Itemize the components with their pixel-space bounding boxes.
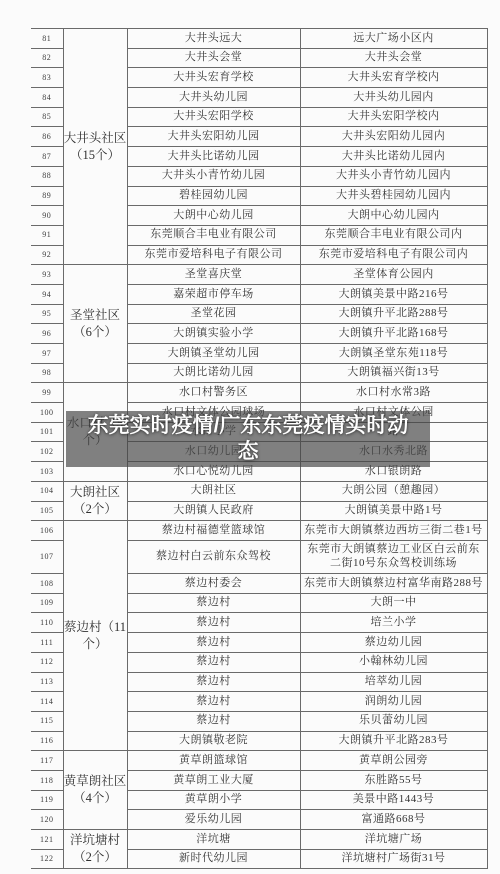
address-cell: 大井头宏阳学校内 — [300, 107, 487, 127]
row-number: 92 — [31, 245, 63, 265]
row-number: 103 — [31, 462, 63, 482]
address-cell: 洋坑塘广场 — [300, 830, 487, 850]
site-cell: 大井头宏阳幼儿园 — [127, 127, 300, 147]
site-cell: 圣堂喜庆堂 — [127, 265, 300, 285]
site-cell: 大井头幼儿园 — [127, 88, 300, 108]
address-cell: 大井头会堂 — [300, 48, 487, 68]
row-number: 105 — [31, 501, 63, 521]
row-number: 115 — [31, 711, 63, 731]
group-cell: 圣堂社区（6个） — [63, 265, 127, 383]
address-cell: 大井头比诺幼儿园内 — [300, 147, 487, 167]
row-number: 82 — [31, 48, 63, 68]
site-cell: 水口村警务区 — [127, 383, 300, 403]
address-cell: 大朗镇升平北路168号 — [300, 324, 487, 344]
row-number: 100 — [31, 403, 63, 423]
site-cell: 黄草朗小学 — [127, 790, 300, 810]
address-cell: 东莞市大朗镇蔡边工业区白云前东二街10号东众驾校训练场 — [300, 540, 487, 573]
site-cell: 大井头宏育学校 — [127, 68, 300, 88]
site-cell: 蔡边村 — [127, 692, 300, 712]
site-cell: 大井头宏阳学校 — [127, 107, 300, 127]
row-number: 104 — [31, 481, 63, 501]
page: 81大井头社区（15个）大井头远大远大广场小区内82大井头会堂大井头会堂83大井… — [0, 0, 500, 874]
row-number: 108 — [31, 574, 63, 594]
address-cell: 培萃幼儿园 — [300, 672, 487, 692]
row-number: 107 — [31, 540, 63, 573]
row-number: 94 — [31, 284, 63, 304]
table-row: 104大朗社区（2个）大朗社区大朗公园（憩趣园） — [31, 481, 487, 501]
row-number: 87 — [31, 147, 63, 167]
row-number: 111 — [31, 633, 63, 653]
site-cell: 大朗社区 — [127, 481, 300, 501]
row-number: 112 — [31, 652, 63, 672]
row-number: 97 — [31, 344, 63, 364]
row-number: 121 — [31, 830, 63, 850]
table-row: 93圣堂社区（6个）圣堂喜庆堂圣堂体育公园内 — [31, 265, 487, 285]
group-cell: 黄草朗社区（4个） — [63, 751, 127, 830]
row-number: 106 — [31, 521, 63, 541]
site-cell: 大井头会堂 — [127, 48, 300, 68]
row-number: 118 — [31, 770, 63, 790]
row-number: 93 — [31, 265, 63, 285]
address-cell: 洋坑塘村广场街31号 — [300, 849, 487, 869]
site-cell: 蔡边村 — [127, 593, 300, 613]
row-number: 98 — [31, 363, 63, 383]
address-cell: 东莞市大朗镇蔡边村富华南路288号 — [300, 574, 487, 594]
site-cell: 黄草朗工业大厦 — [127, 770, 300, 790]
table-row: 99水口村（5个）水口村警务区水口村水常3路 — [31, 383, 487, 403]
site-cell: 洋坑塘 — [127, 830, 300, 850]
row-number: 117 — [31, 751, 63, 771]
row-number: 114 — [31, 692, 63, 712]
site-cell: 大朗镇敬老院 — [127, 731, 300, 751]
address-cell: 东莞市爱培科电子有限公司内 — [300, 245, 487, 265]
site-cell: 黄草朗篮球馆 — [127, 751, 300, 771]
site-cell: 碧桂园幼儿园 — [127, 186, 300, 206]
table-row: 81大井头社区（15个）大井头远大远大广场小区内 — [31, 29, 487, 49]
address-cell: 蔡边幼儿园 — [300, 633, 487, 653]
address-cell: 大井头小青竹幼儿园内 — [300, 166, 487, 186]
site-cell: 东莞市爱培科电子有限公司 — [127, 245, 300, 265]
address-cell: 大井头幼儿园内 — [300, 88, 487, 108]
address-cell: 水口村水常3路 — [300, 383, 487, 403]
site-cell: 大朗比诺幼儿园 — [127, 363, 300, 383]
site-cell: 东莞顺合丰电业有限公司 — [127, 225, 300, 245]
site-cell: 新时代幼儿园 — [127, 849, 300, 869]
row-number: 113 — [31, 672, 63, 692]
address-cell: 圣堂体育公园内 — [300, 265, 487, 285]
address-cell: 培兰小学 — [300, 613, 487, 633]
address-cell: 大朗镇圣堂东苑118号 — [300, 344, 487, 364]
group-cell: 蔡边村（11个） — [63, 521, 127, 751]
site-cell: 蔡边村福德堂篮球馆 — [127, 521, 300, 541]
site-cell: 蔡边村 — [127, 672, 300, 692]
address-cell: 远大广场小区内 — [300, 29, 487, 49]
watermark-overlay: 东莞实时疫情/广东东莞疫情实时动态 — [66, 411, 430, 467]
row-number: 89 — [31, 186, 63, 206]
row-number: 96 — [31, 324, 63, 344]
row-number: 122 — [31, 849, 63, 869]
row-number: 90 — [31, 206, 63, 226]
row-number: 116 — [31, 731, 63, 751]
address-cell: 大井头宏育学校内 — [300, 68, 487, 88]
address-cell: 大朗镇美景中路1号 — [300, 501, 487, 521]
site-cell: 大井头远大 — [127, 29, 300, 49]
site-cell: 大朗镇实验小学 — [127, 324, 300, 344]
address-cell: 乐贝蕾幼儿园 — [300, 711, 487, 731]
address-cell: 黄草朗公园旁 — [300, 751, 487, 771]
table-row: 121洋坑塘村（2个）洋坑塘洋坑塘广场 — [31, 830, 487, 850]
address-cell: 大朗镇福兴街13号 — [300, 363, 487, 383]
table-row: 106蔡边村（11个）蔡边村福德堂篮球馆东莞市大朗镇蔡边西坊三街二巷1号 — [31, 521, 487, 541]
address-cell: 东莞市大朗镇蔡边西坊三街二巷1号 — [300, 521, 487, 541]
site-cell: 蔡边村 — [127, 613, 300, 633]
site-cell: 蔡边村 — [127, 652, 300, 672]
address-cell: 大朗中心幼儿园内 — [300, 206, 487, 226]
row-number: 95 — [31, 304, 63, 324]
address-cell: 大井头碧桂园幼儿园内 — [300, 186, 487, 206]
row-number: 109 — [31, 593, 63, 613]
site-cell: 大井头比诺幼儿园 — [127, 147, 300, 167]
row-number: 110 — [31, 613, 63, 633]
address-cell: 润朗幼儿园 — [300, 692, 487, 712]
site-cell: 圣堂花园 — [127, 304, 300, 324]
address-cell: 富通路668号 — [300, 810, 487, 830]
group-cell: 大井头社区（15个） — [63, 29, 127, 265]
group-cell: 洋坑塘村（2个） — [63, 830, 127, 869]
address-cell: 大朗镇升平北路288号 — [300, 304, 487, 324]
site-cell: 大朗镇人民政府 — [127, 501, 300, 521]
row-number: 99 — [31, 383, 63, 403]
watermark-title: 东莞实时疫情/广东东莞疫情实时动态 — [78, 413, 418, 465]
address-cell: 大朗镇升平北路283号 — [300, 731, 487, 751]
row-number: 86 — [31, 127, 63, 147]
row-number: 119 — [31, 790, 63, 810]
group-cell: 大朗社区（2个） — [63, 481, 127, 520]
address-cell: 大朗一中 — [300, 593, 487, 613]
site-cell: 爱乐幼儿园 — [127, 810, 300, 830]
row-number: 81 — [31, 29, 63, 49]
site-cell: 蔡边村 — [127, 711, 300, 731]
site-cell: 大井头小青竹幼儿园 — [127, 166, 300, 186]
address-cell: 大井头宏阳幼儿园内 — [300, 127, 487, 147]
site-cell: 大朗中心幼儿园 — [127, 206, 300, 226]
row-number: 101 — [31, 422, 63, 442]
row-number: 102 — [31, 442, 63, 462]
table-row: 117黄草朗社区（4个）黄草朗篮球馆黄草朗公园旁 — [31, 751, 487, 771]
row-number: 85 — [31, 107, 63, 127]
address-cell: 东胜路55号 — [300, 770, 487, 790]
site-cell: 嘉荣超市停车场 — [127, 284, 300, 304]
address-cell: 大朗公园（憩趣园） — [300, 481, 487, 501]
address-cell: 东莞顺合丰电业有限公司内 — [300, 225, 487, 245]
row-number: 83 — [31, 68, 63, 88]
address-cell: 小翰林幼儿园 — [300, 652, 487, 672]
site-cell: 蔡边村委会 — [127, 574, 300, 594]
site-cell: 蔡边村白云前东众驾校 — [127, 540, 300, 573]
row-number: 91 — [31, 225, 63, 245]
row-number: 120 — [31, 810, 63, 830]
address-cell: 大朗镇美景中路216号 — [300, 284, 487, 304]
row-number: 84 — [31, 88, 63, 108]
site-cell: 大朗镇圣堂幼儿园 — [127, 344, 300, 364]
row-number: 88 — [31, 166, 63, 186]
address-cell: 美景中路1443号 — [300, 790, 487, 810]
site-cell: 蔡边村 — [127, 633, 300, 653]
